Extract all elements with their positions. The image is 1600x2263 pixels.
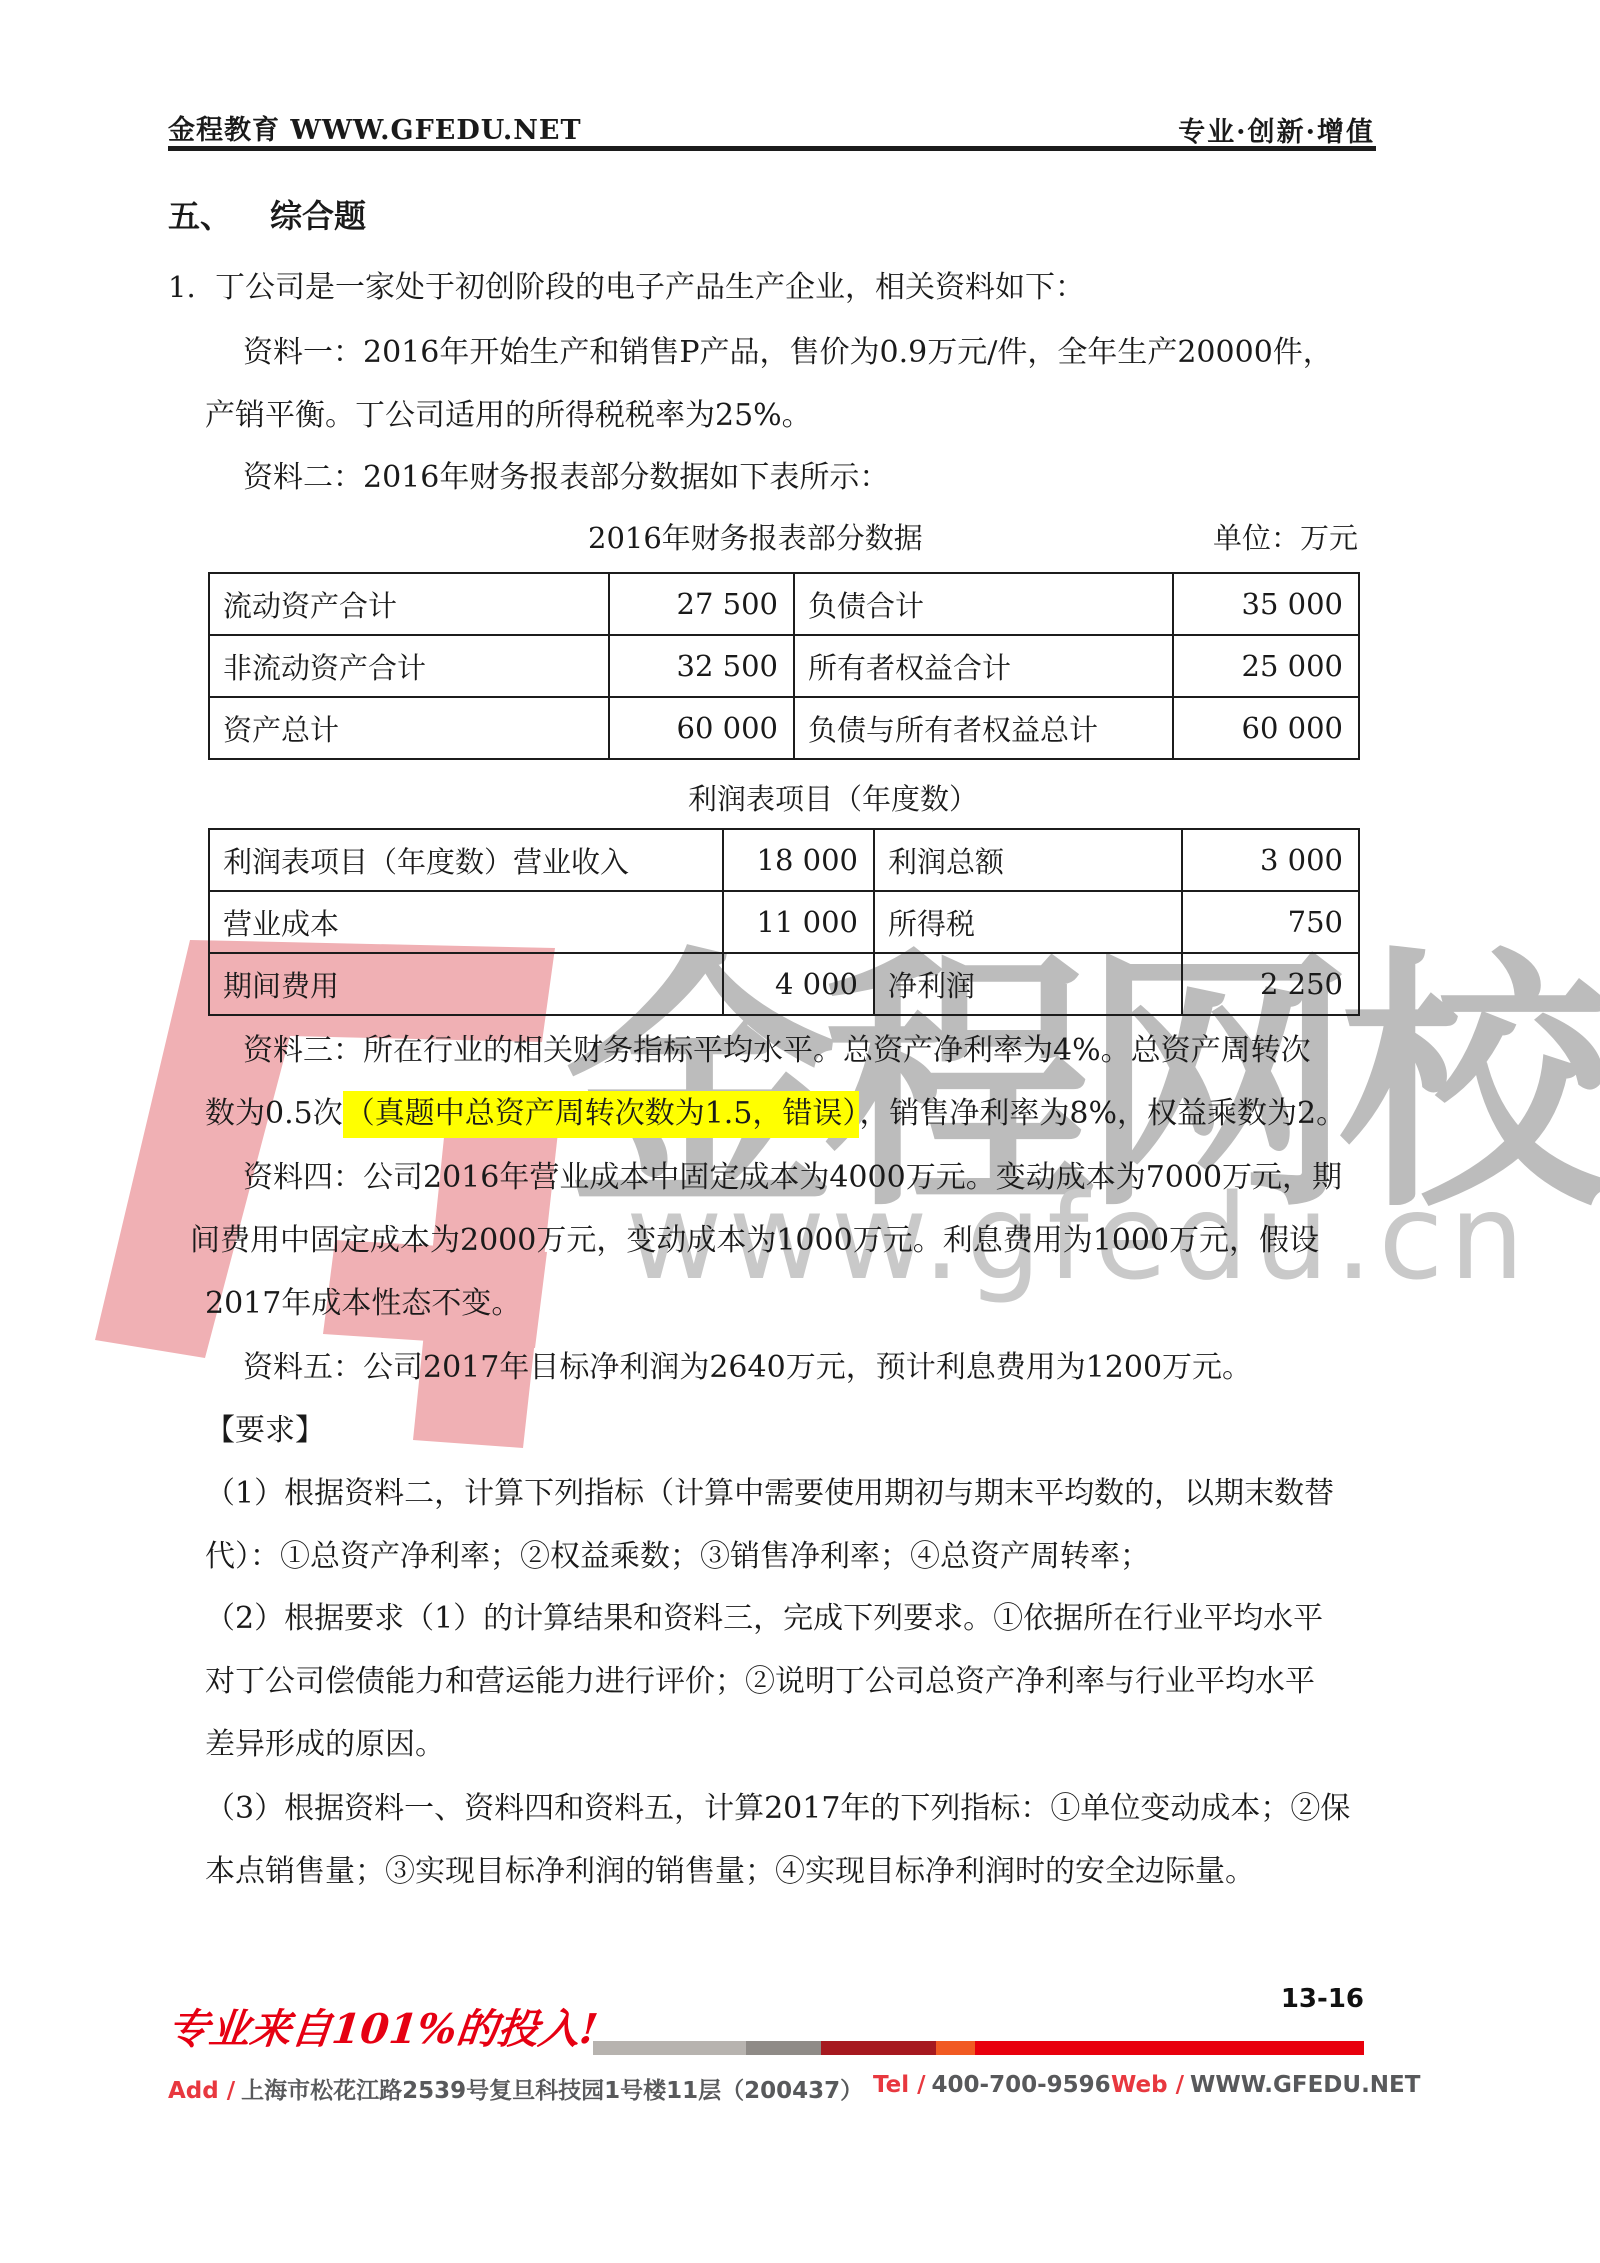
material-3-line-1: 资料三：所在行业的相关财务指标平均水平。总资产净利率为4%。总资产周转次 xyxy=(205,1019,1377,1082)
footer-bar-segment-red xyxy=(975,2041,1364,2055)
requirement-2-line-3: 差异形成的原因。 xyxy=(205,1713,1377,1776)
section-title: 五、综合题 xyxy=(168,196,1340,236)
t2-r1-label2: 利润总额 xyxy=(874,829,1182,891)
page-number: 13-16 xyxy=(1281,1984,1364,2014)
question-1: 1.丁公司是一家处于初创阶段的电子产品生产企业，相关资料如下： xyxy=(168,256,1340,319)
requirement-1: （1）根据资料二，计算下列指标（计算中需要使用期初与期末平均数的，以期末数替 代… xyxy=(205,1462,1377,1588)
balance-sheet-table: 流动资产合计 27 500 负债合计 35 000 非流动资产合计 32 500… xyxy=(208,572,1360,760)
requirement-3: （3）根据资料一、资料四和资料五，计算2017年的下列指标：①单位变动成本；②保… xyxy=(205,1777,1377,1903)
header-brand: 金程教育 WWW.GFEDU.NET xyxy=(168,108,582,147)
section-title-text: 综合题 xyxy=(270,197,366,235)
t2-r3-label1: 期间费用 xyxy=(209,953,723,1015)
material-5-line-1: 资料五：公司2017年目标净利润为2640万元，预计利息费用为1200万元。 xyxy=(205,1336,1377,1399)
footer-bar-segment-darkgray xyxy=(746,2041,821,2055)
t2-r3-value1: 4 000 xyxy=(723,953,874,1015)
material-1: 资料一：2016年开始生产和销售P产品，售价为0.9万元/件，全年生产20000… xyxy=(205,321,1377,447)
material-2: 资料二：2016年财务报表部分数据如下表所示： xyxy=(205,446,1377,509)
tel-label: Tel / xyxy=(873,2072,926,2098)
material-4: 资料四：公司2016年营业成本中固定成本为4000万元。变动成本为7000万元，… xyxy=(205,1146,1377,1335)
table1-unit: 单位：万元 xyxy=(1213,521,1358,555)
header-motto: 专业·创新·增值 xyxy=(1178,110,1375,149)
t1-r3-label1: 资产总计 xyxy=(209,697,609,759)
requirement-3-line-1: （3）根据资料一、资料四和资料五，计算2017年的下列指标：①单位变动成本；②保 xyxy=(205,1777,1377,1840)
t1-r3-value1: 60 000 xyxy=(609,697,794,759)
exam-correction-highlight: （真题中总资产周转次数为1.5，错误） xyxy=(343,1091,860,1138)
footer-website: Web /WWW.GFEDU.NET xyxy=(1111,2072,1420,2098)
question-intro: 丁公司是一家处于初创阶段的电子产品生产企业，相关资料如下： xyxy=(215,270,1085,305)
t2-r2-label1: 营业成本 xyxy=(209,891,723,953)
requirement-2-line-2: 对丁公司偿债能力和营运能力进行评价；②说明丁公司总资产净利率与行业平均水平 xyxy=(205,1650,1377,1713)
requirement-2-line-1: （2）根据要求（1）的计算结果和资料三，完成下列要求。①依据所在行业平均水平 xyxy=(205,1587,1377,1650)
material-4-line-2: 间费用中固定成本为2000万元，变动成本为1000万元。利息费用为1000万元，… xyxy=(190,1209,1377,1272)
requirements-header: 【要求】 xyxy=(205,1399,1377,1462)
t1-r3-value2: 60 000 xyxy=(1173,697,1359,759)
income-statement-table: 利润表项目（年度数）营业收入 18 000 利润总额 3 000 营业成本 11… xyxy=(208,828,1360,1016)
material-3-line-2-post: ，销售净利率为8%，权益乘数为2。 xyxy=(859,1096,1346,1131)
t1-r1-label2: 负债合计 xyxy=(794,573,1173,635)
material-3-line-2: 数为0.5次（真题中总资产周转次数为1.5，错误），销售净利率为8%，权益乘数为… xyxy=(205,1082,1377,1145)
material-1-line-2: 产销平衡。丁公司适用的所得税税率为25%。 xyxy=(205,384,1377,447)
table-row: 期间费用 4 000 净利润 2 250 xyxy=(209,953,1359,1015)
material-4-line-3: 2017年成本性态不变。 xyxy=(205,1272,1377,1335)
t2-r3-label2: 净利润 xyxy=(874,953,1182,1015)
t2-r2-value2: 750 xyxy=(1182,891,1359,953)
header-rule xyxy=(168,146,1376,151)
material-5: 资料五：公司2017年目标净利润为2640万元，预计利息费用为1200万元。 xyxy=(205,1336,1377,1399)
material-1-line-1: 资料一：2016年开始生产和销售P产品，售价为0.9万元/件，全年生产20000… xyxy=(205,321,1377,384)
t2-r1-value1: 18 000 xyxy=(723,829,874,891)
table1-title: 2016年财务报表部分数据 xyxy=(588,521,923,555)
t1-r1-value1: 27 500 xyxy=(609,573,794,635)
footer-telephone: Tel /400-700-9596 xyxy=(873,2072,1111,2098)
t2-r3-value2: 2 250 xyxy=(1182,953,1359,1015)
material-3-line-2-pre: 数为0.5次 xyxy=(205,1096,343,1131)
t1-r2-label1: 非流动资产合计 xyxy=(209,635,609,697)
table-row: 非流动资产合计 32 500 所有者权益合计 25 000 xyxy=(209,635,1359,697)
footer-bar-segment-gray xyxy=(593,2041,746,2055)
table2-title: 利润表项目（年度数） xyxy=(688,782,978,816)
web-label: Web / xyxy=(1111,2072,1184,2098)
address-text: 上海市松花江路2539号复旦科技园1号楼11层（200437） xyxy=(241,2078,863,2104)
t2-r1-value2: 3 000 xyxy=(1182,829,1359,891)
tel-text: 400-700-9596 xyxy=(932,2072,1111,2098)
footer-slogan: 专业来自101%的投入! xyxy=(166,2006,600,2052)
footer-address: Add /上海市松花江路2539号复旦科技园1号楼11层（200437） xyxy=(168,2072,863,2105)
requirement-1-line-2: 代）：①总资产净利率；②权益乘数；③销售净利率；④总资产周转率； xyxy=(205,1525,1377,1588)
section-number: 五、 xyxy=(168,196,232,236)
requirement-1-line-1: （1）根据资料二，计算下列指标（计算中需要使用期初与期末平均数的，以期末数替 xyxy=(205,1462,1377,1525)
t1-r2-value2: 25 000 xyxy=(1173,635,1359,697)
t1-r2-value1: 32 500 xyxy=(609,635,794,697)
material-2-line-1: 资料二：2016年财务报表部分数据如下表所示： xyxy=(205,446,1377,509)
document-page: 金程网校 www.gfedu.cn 金程教育 WWW.GFEDU.NET 专业·… xyxy=(0,0,1600,2263)
table-row: 流动资产合计 27 500 负债合计 35 000 xyxy=(209,573,1359,635)
t2-r2-label2: 所得税 xyxy=(874,891,1182,953)
table-row: 营业成本 11 000 所得税 750 xyxy=(209,891,1359,953)
question-number: 1. xyxy=(168,256,215,319)
footer-bar-segment-darkred xyxy=(821,2041,936,2055)
requirement-2: （2）根据要求（1）的计算结果和资料三，完成下列要求。①依据所在行业平均水平 对… xyxy=(205,1587,1377,1776)
footer-bar-segment-orange xyxy=(936,2041,975,2055)
web-text: WWW.GFEDU.NET xyxy=(1190,2072,1420,2098)
t1-r1-label1: 流动资产合计 xyxy=(209,573,609,635)
t1-r1-value2: 35 000 xyxy=(1173,573,1359,635)
address-label: Add / xyxy=(168,2078,235,2104)
t2-r1-label1: 利润表项目（年度数）营业收入 xyxy=(209,829,723,891)
material-3: 资料三：所在行业的相关财务指标平均水平。总资产净利率为4%。总资产周转次 数为0… xyxy=(205,1019,1377,1145)
t2-r2-value1: 11 000 xyxy=(723,891,874,953)
material-4-line-1: 资料四：公司2016年营业成本中固定成本为4000万元。变动成本为7000万元，… xyxy=(205,1146,1377,1209)
t1-r3-label2: 负债与所有者权益总计 xyxy=(794,697,1173,759)
t1-r2-label2: 所有者权益合计 xyxy=(794,635,1173,697)
requirement-3-line-2: 本点销售量；③实现目标净利润的销售量；④实现目标净利润时的安全边际量。 xyxy=(205,1840,1377,1903)
table-row: 资产总计 60 000 负债与所有者权益总计 60 000 xyxy=(209,697,1359,759)
table-row: 利润表项目（年度数）营业收入 18 000 利润总额 3 000 xyxy=(209,829,1359,891)
